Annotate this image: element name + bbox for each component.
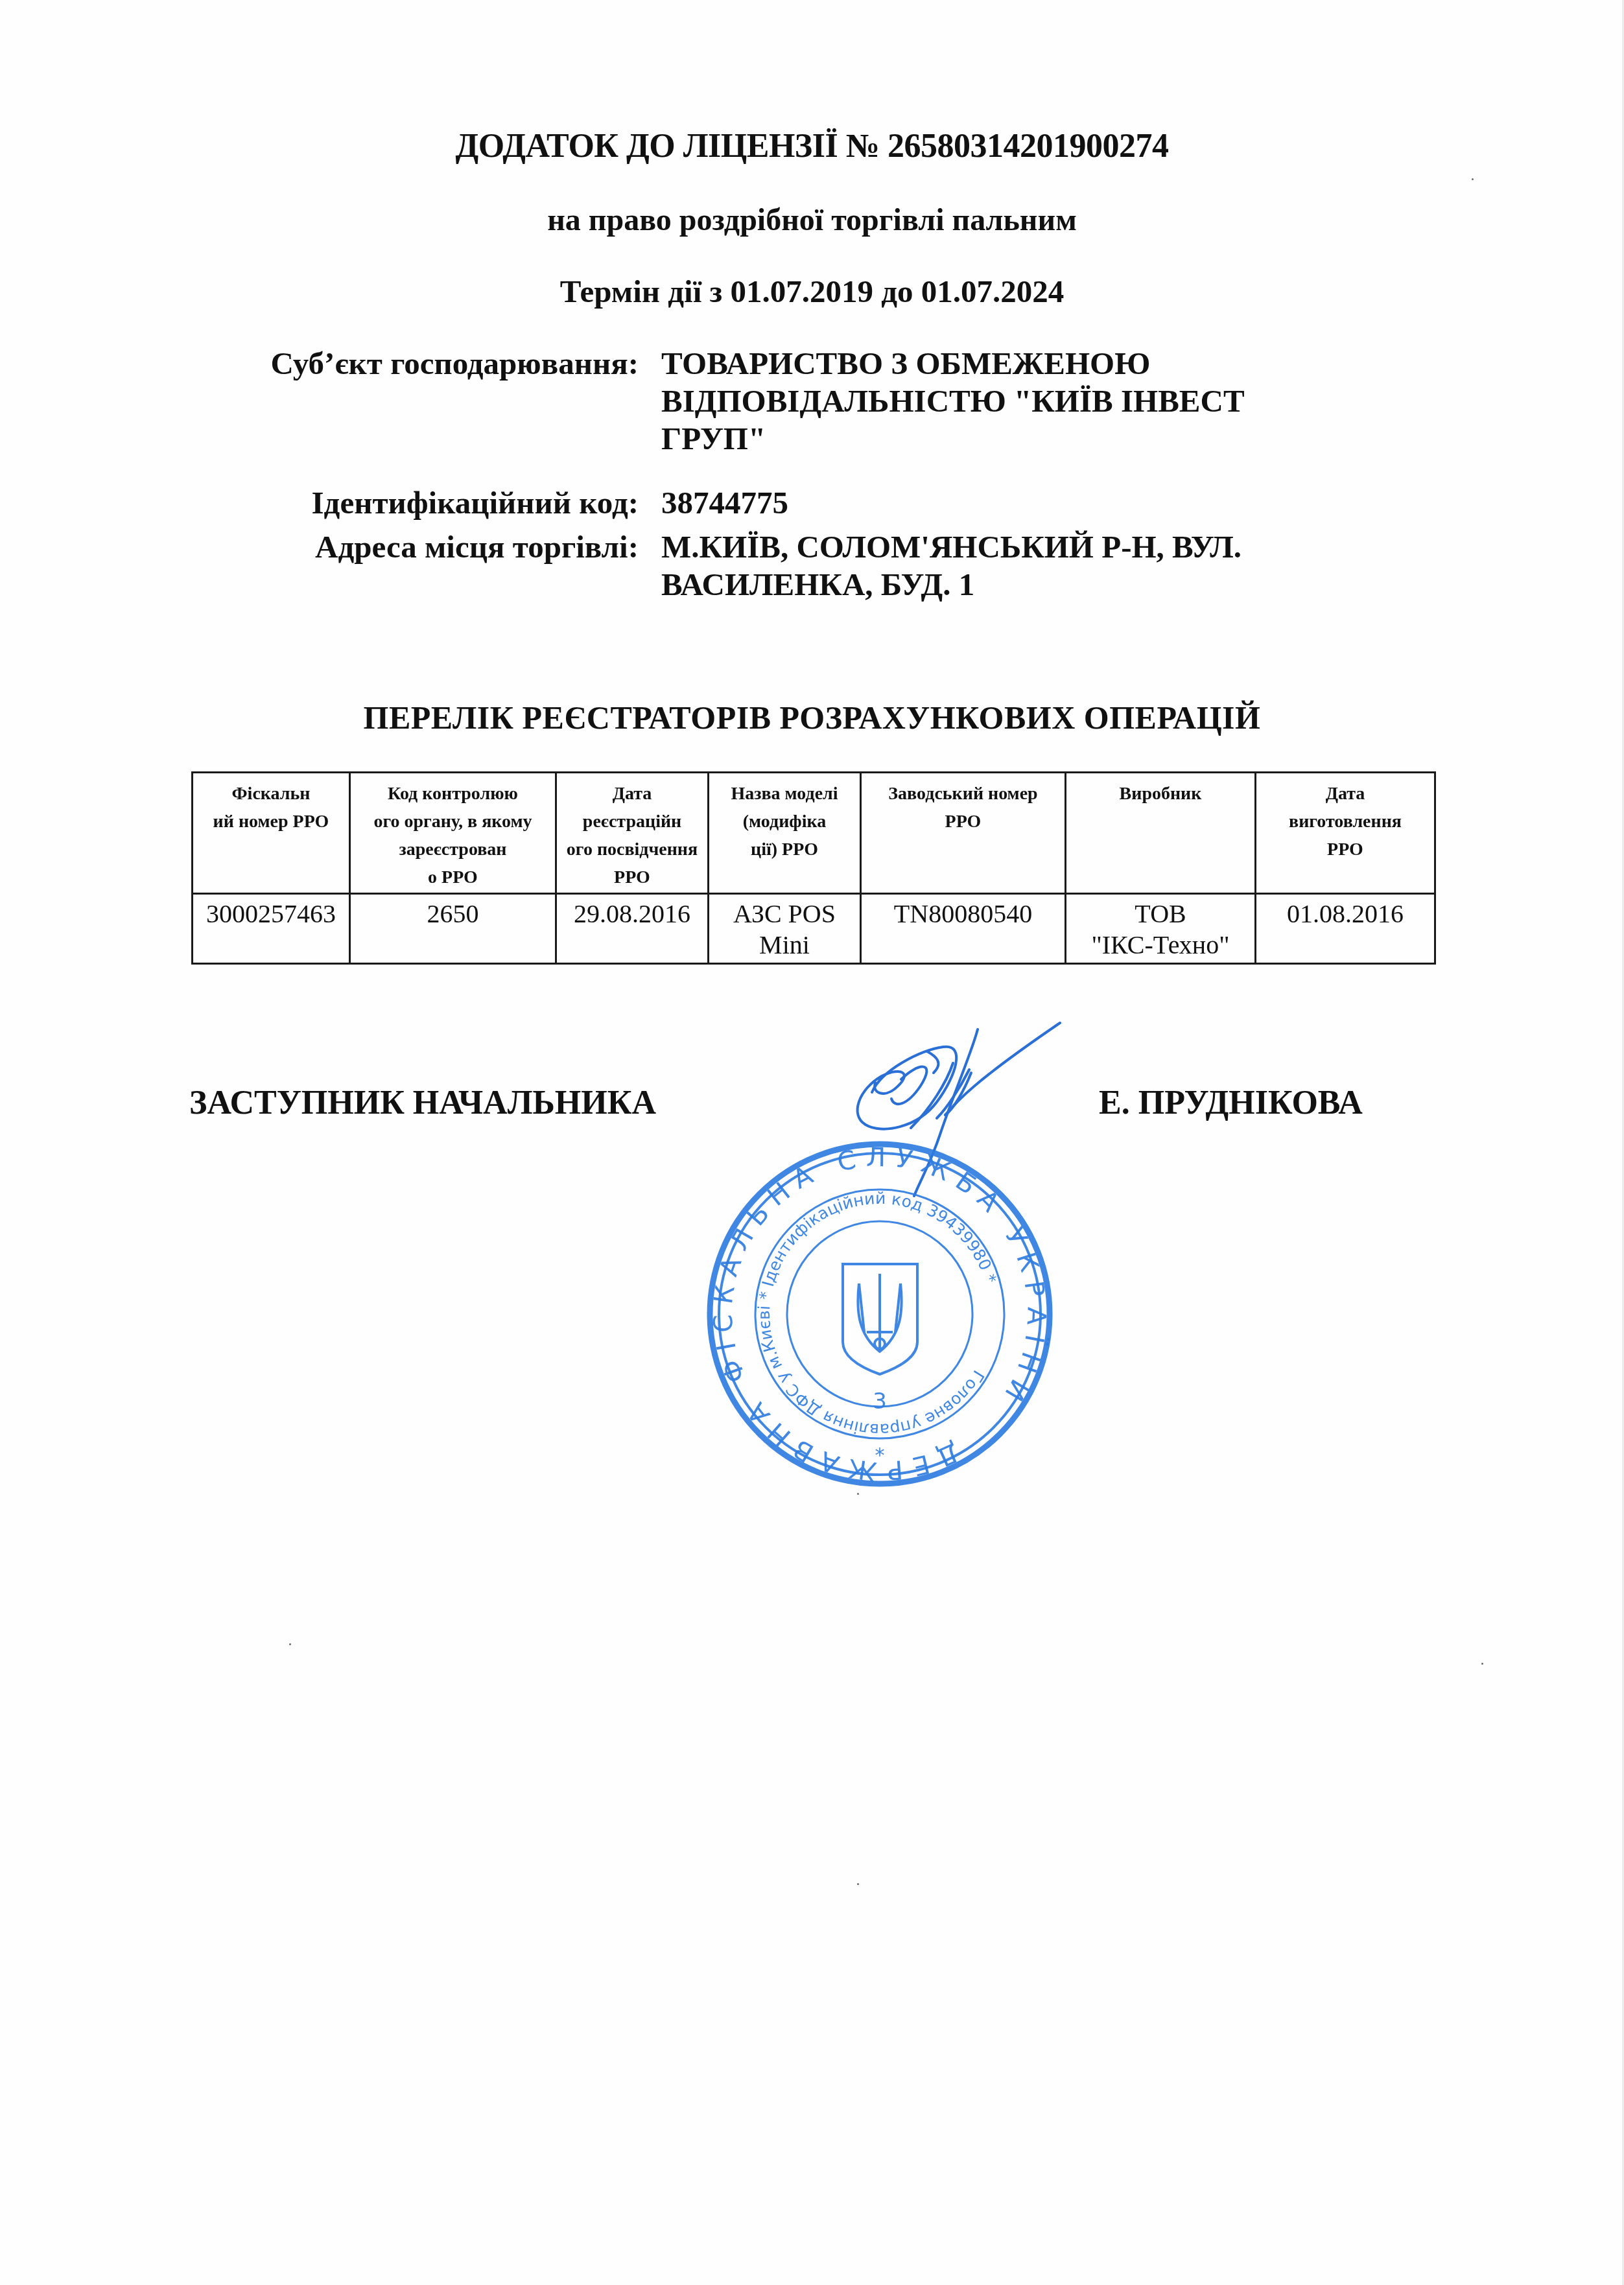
column-header-line: о РРО <box>353 863 552 891</box>
column-header-line: ий номер РРО <box>196 808 346 836</box>
subject-line: ГРУП" <box>661 420 1381 458</box>
table-cell-line: АЗС POS <box>712 898 857 930</box>
table-row: 3000257463265029.08.2016АЗС POSMiniTN800… <box>193 894 1435 964</box>
address-line: ВАСИЛЕНКА, БУД. 1 <box>661 566 1381 603</box>
trident-coat-of-arms-icon <box>843 1264 917 1374</box>
column-header: ДатавиготовленняРРО <box>1256 773 1435 894</box>
signatory-name: Е. ПРУДНІКОВА <box>1099 1084 1363 1122</box>
table-cell-line: "ІКС-Техно" <box>1069 930 1252 961</box>
column-header-line: виготовлення <box>1259 808 1431 836</box>
column-header-line: реєстраційн <box>559 808 705 836</box>
id-code-label: Ідентифікаційний код: <box>312 484 639 522</box>
column-header-line: ції) РРО <box>712 836 857 863</box>
stamp-star: * <box>875 1444 885 1467</box>
column-header: Фіскальний номер РРО <box>193 773 350 894</box>
signatory-role: ЗАСТУПНИК НАЧАЛЬНИКА <box>189 1084 656 1122</box>
id-code-value: 38744775 <box>661 484 1381 522</box>
license-subject: на право роздрібної торгівлі пальним <box>0 202 1624 238</box>
license-appendix-title: ДОДАТОК ДО ЛІЦЕНЗІЇ № 26580314201900274 <box>0 127 1624 165</box>
scan-speck <box>857 1883 859 1885</box>
table-cell-line: ТОВ <box>1069 898 1252 930</box>
column-header-line: Назва моделі <box>712 780 857 808</box>
scan-speck <box>1472 178 1474 180</box>
column-header-line: РРО <box>1259 836 1431 863</box>
table-cell-line: 3000257463 <box>196 898 346 930</box>
table-cell-line: 2650 <box>353 898 552 930</box>
column-header-line: РРО <box>559 863 705 891</box>
subject-line: ВІДПОВІДАЛЬНІСТЮ "КИЇВ ІНВЕСТ <box>661 382 1381 420</box>
table-cell: АЗС POSMini <box>709 894 861 964</box>
column-header-line: зареєстрован <box>353 836 552 863</box>
column-header-line: (модифіка <box>712 808 857 836</box>
subject-line: ТОВАРИСТВО З ОБМЕЖЕНОЮ <box>661 345 1381 382</box>
table-cell: ТОВ"ІКС-Техно" <box>1066 894 1256 964</box>
table-cell-line: TN80080540 <box>864 898 1062 930</box>
table-cell-line: 01.08.2016 <box>1259 898 1431 930</box>
subject-label: Суб’єкт господарювання: <box>271 345 639 382</box>
column-header: Заводський номерРРО <box>861 773 1066 894</box>
table-cell: 29.08.2016 <box>556 894 709 964</box>
column-header: Виробник <box>1066 773 1256 894</box>
column-header-line: Код контролюю <box>353 780 552 808</box>
column-header: Код контролююого органу, в якомузареєстр… <box>350 773 556 894</box>
stamp-number: 3 <box>873 1389 887 1414</box>
column-header-line: Фіскальн <box>196 780 346 808</box>
registry-section-title: ПЕРЕЛІК РЕЄСТРАТОРІВ РОЗРАХУНКОВИХ ОПЕРА… <box>0 699 1624 736</box>
address-label: Адреса місця торгівлі: <box>315 528 639 566</box>
table-cell-line: 29.08.2016 <box>559 898 705 930</box>
column-header-line: Виробник <box>1069 780 1252 808</box>
column-header-line: Дата <box>1259 780 1431 808</box>
table-header-row: Фіскальний номер РРОКод контролююого орг… <box>193 773 1435 894</box>
column-header-line: РРО <box>864 808 1062 836</box>
address-line: М.КИЇВ, СОЛОМ'ЯНСЬКИЙ Р-Н, ВУЛ. <box>661 528 1381 566</box>
table-cell-line: Mini <box>712 930 857 961</box>
table-cell: 01.08.2016 <box>1256 894 1435 964</box>
column-header: Датареєстраційного посвідченняРРО <box>556 773 709 894</box>
scan-speck <box>1481 1663 1483 1665</box>
column-header-line: Дата <box>559 780 705 808</box>
table-cell: 3000257463 <box>193 894 350 964</box>
address-value: М.КИЇВ, СОЛОМ'ЯНСЬКИЙ Р-Н, ВУЛ. ВАСИЛЕНК… <box>661 528 1381 603</box>
column-header-line: ого посвідчення <box>559 836 705 863</box>
scan-speck <box>857 1493 859 1495</box>
license-term: Термін дії з 01.07.2019 до 01.07.2024 <box>0 273 1624 310</box>
scan-speck <box>289 1643 291 1645</box>
column-header-line: ого органу, в якому <box>353 808 552 836</box>
column-header: Назва моделі(модифікації) РРО <box>709 773 861 894</box>
official-stamp: ДЕРЖАВНА ФІСКАЛЬНА СЛУЖБА УКРАЇНИ Головн… <box>703 1138 1057 1491</box>
table-cell: TN80080540 <box>861 894 1066 964</box>
column-header-line: Заводський номер <box>864 780 1062 808</box>
rro-table: Фіскальний номер РРОКод контролююого орг… <box>191 771 1436 965</box>
table-cell: 2650 <box>350 894 556 964</box>
subject-value: ТОВАРИСТВО З ОБМЕЖЕНОЮ ВІДПОВІДАЛЬНІСТЮ … <box>661 345 1381 458</box>
